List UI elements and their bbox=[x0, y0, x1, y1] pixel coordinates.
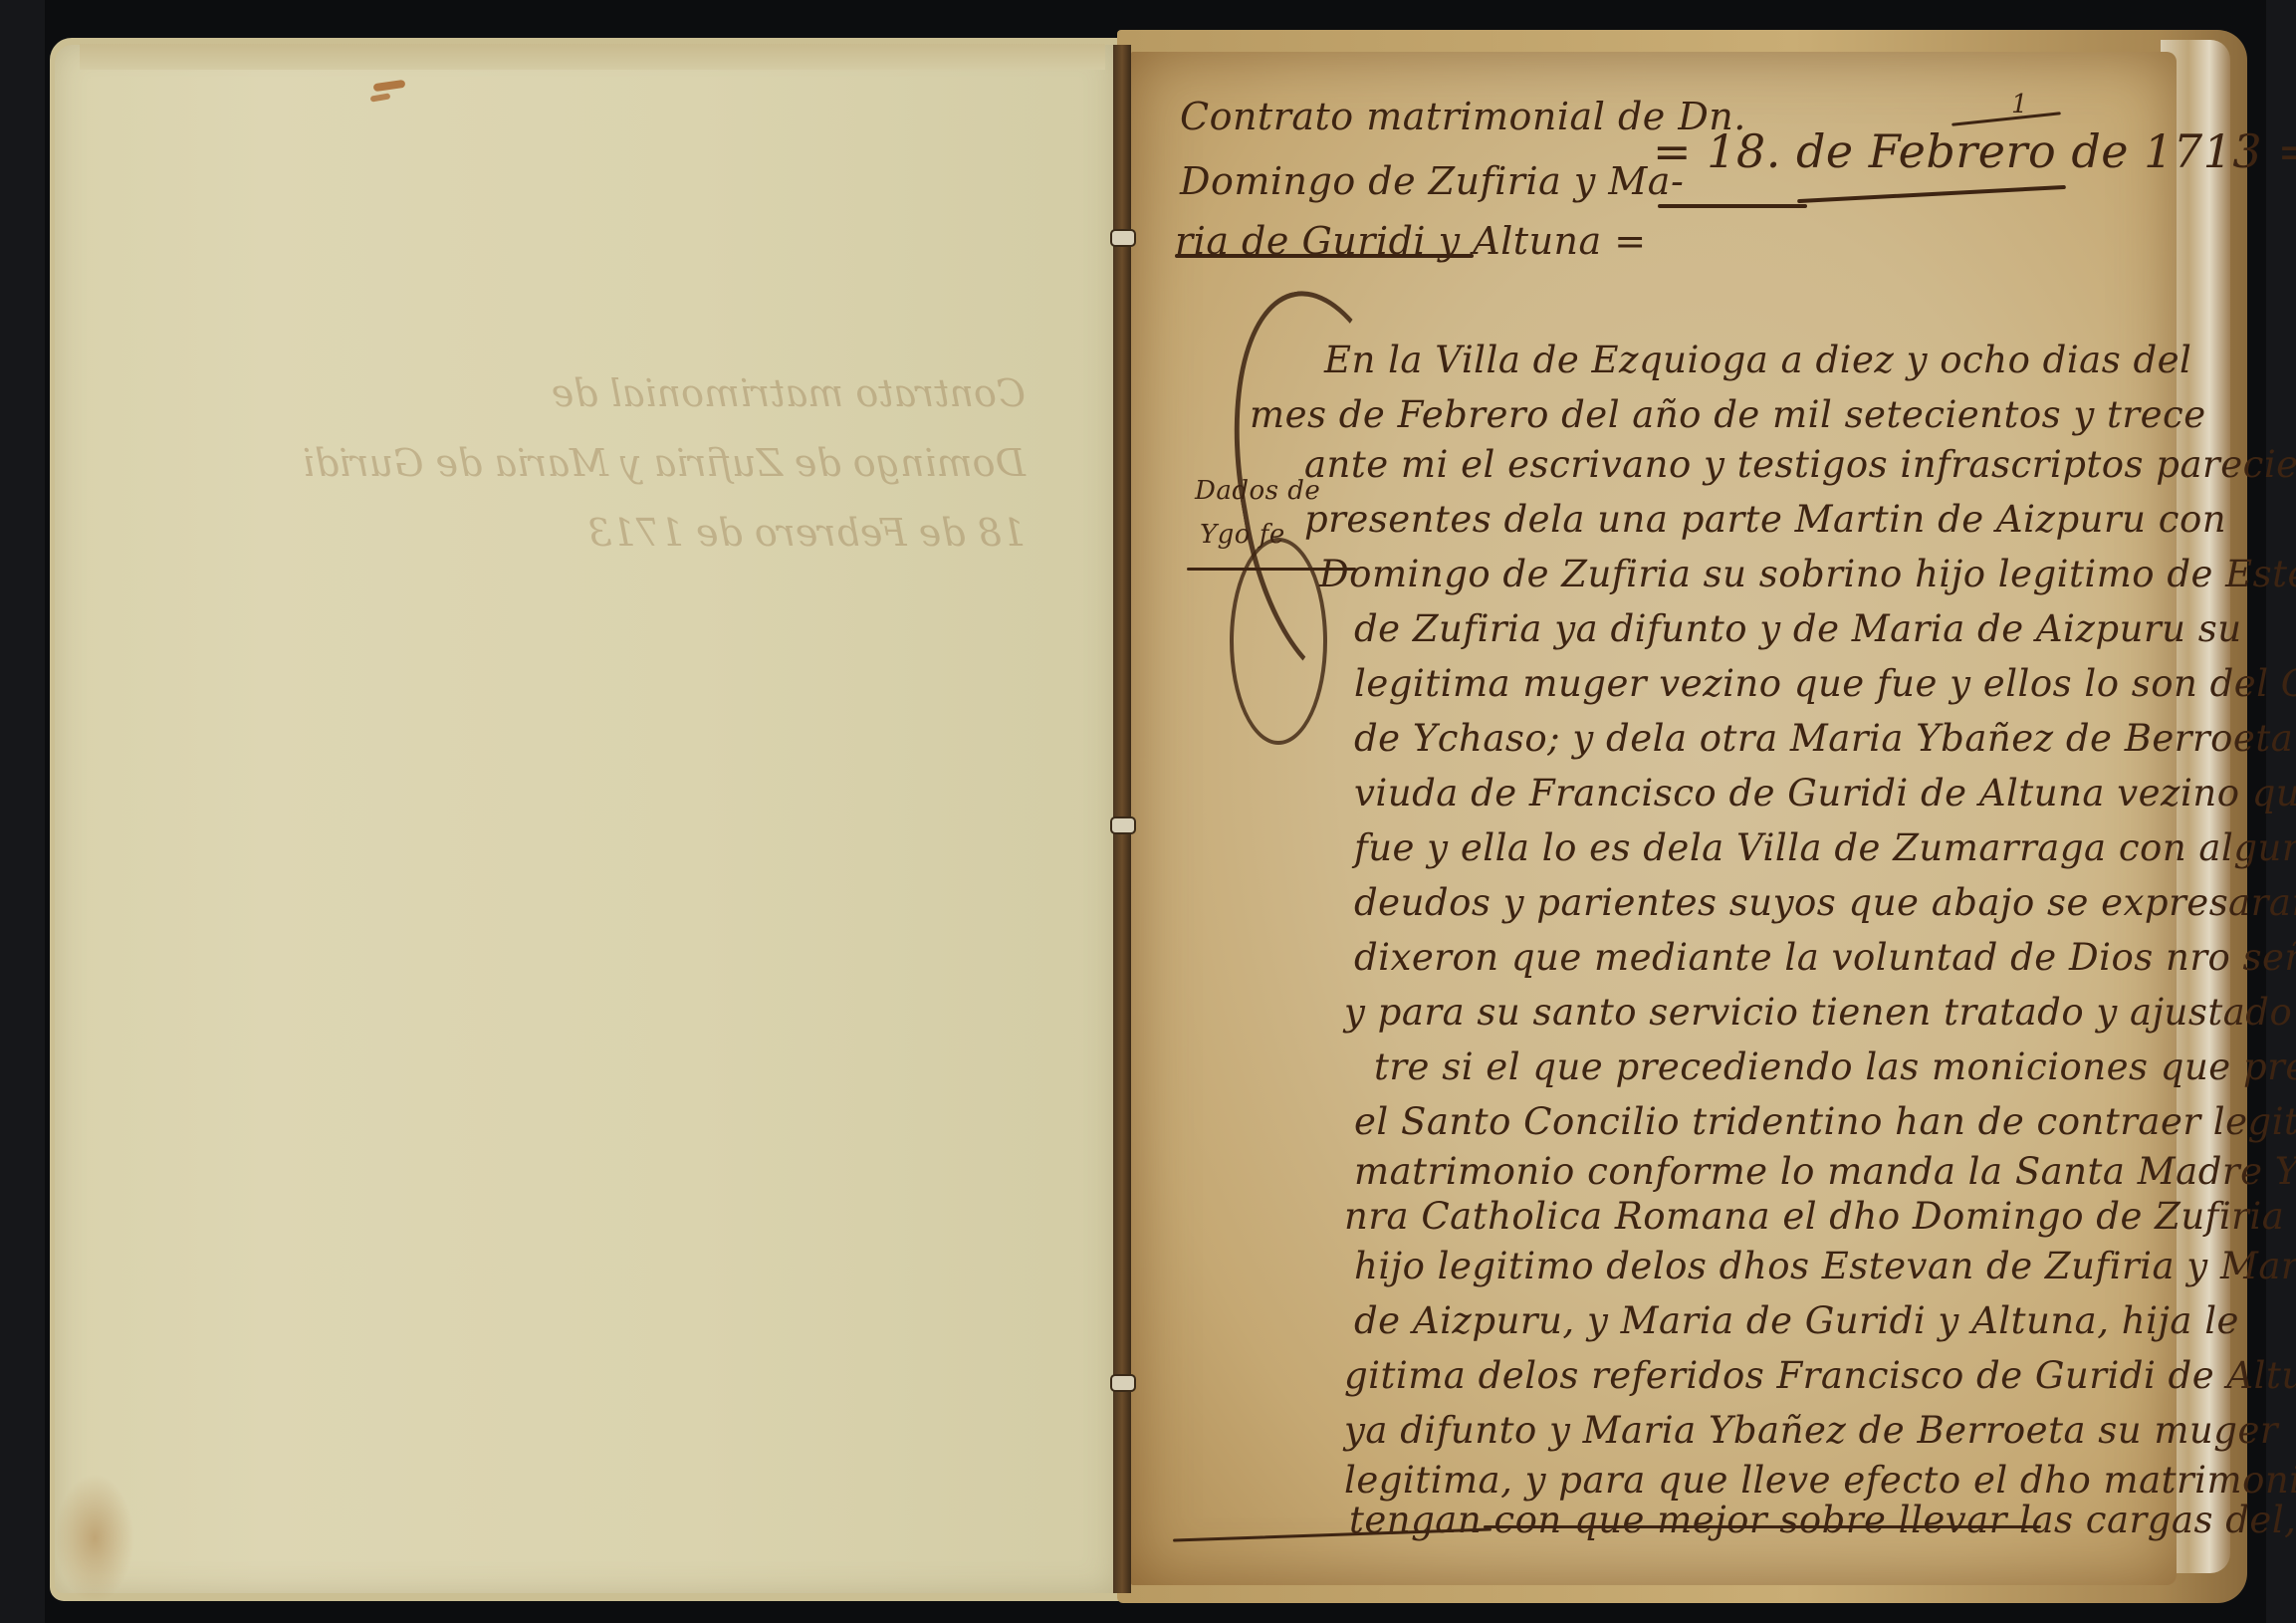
body-line: viuda de Francisco de Guridi de Altuna v… bbox=[1354, 772, 2296, 814]
body-line: gitima delos referidos Francisco de Guri… bbox=[1344, 1354, 2296, 1397]
body-line: y para su santo servicio tienen tratado … bbox=[1344, 991, 2296, 1034]
body-line: dixeron que mediante la voluntad de Dios… bbox=[1354, 936, 2296, 979]
body-line: Domingo de Zufiria su sobrino hijo legit… bbox=[1319, 553, 2296, 595]
body-line: hijo legitimo delos dhos Estevan de Zufi… bbox=[1354, 1245, 2296, 1287]
body-line: tre si el que precediendo las moniciones… bbox=[1374, 1045, 2296, 1088]
scanner-frame-left bbox=[0, 0, 45, 1623]
body-line: ya difunto y Maria Ybañez de Berroeta su… bbox=[1344, 1409, 2278, 1452]
water-stain bbox=[55, 1474, 134, 1603]
body-line: fue y ella lo es dela Villa de Zumarraga… bbox=[1354, 826, 2296, 869]
body-line: de Ychaso; y dela otra Maria Ybañez de B… bbox=[1354, 717, 2293, 760]
body-line: ante mi el escrivano y testigos infrascr… bbox=[1304, 443, 2296, 486]
body-line: el Santo Concilio tridentino han de cont… bbox=[1354, 1100, 2296, 1143]
bleed-line: 18 de Febrero de 1713 bbox=[129, 498, 1026, 568]
closing-rule bbox=[1484, 1525, 2041, 1528]
body-line: tengan con que mejor sobre llevar las ca… bbox=[1349, 1499, 2296, 1541]
margin-note-line: Dados de bbox=[1195, 476, 1320, 506]
bleed-line: Contrato matrimonial de bbox=[129, 358, 1026, 428]
body-line: nra Catholica Romana el dho Domingo de Z… bbox=[1344, 1195, 2284, 1238]
left-page bbox=[55, 45, 1115, 1593]
body-line: matrimonio conforme lo manda la Santa Ma… bbox=[1354, 1150, 2296, 1193]
date-underline bbox=[1658, 204, 1807, 208]
body-line: mes de Febrero del año de mil seteciento… bbox=[1250, 393, 2206, 436]
margin-note-line: Ygo fe bbox=[1200, 520, 1285, 550]
body-line: de Aizpuru, y Maria de Guridi y Altuna, … bbox=[1354, 1299, 2239, 1342]
binding-stitch bbox=[1110, 816, 1136, 834]
body-line: deudos y parientes suyos que abajo se ex… bbox=[1354, 881, 2296, 924]
left-page-top-edge bbox=[80, 44, 1105, 70]
header-line: Domingo de Zufiria y Ma- bbox=[1180, 159, 1684, 203]
document-date: = 18. de Febrero de 1713 = bbox=[1653, 124, 2296, 178]
body-line: legitima muger vezino que fue y ellos lo… bbox=[1354, 662, 2296, 705]
header-underline bbox=[1175, 254, 1474, 258]
binding-stitch bbox=[1110, 1374, 1136, 1392]
body-line: legitima, y para que lleve efecto el dho… bbox=[1344, 1459, 2296, 1502]
binding-stitch bbox=[1110, 229, 1136, 247]
bleed-through-text: Contrato matrimonial de Domingo de Zufir… bbox=[129, 358, 1026, 568]
body-line: En la Villa de Ezquioga a diez y ocho di… bbox=[1324, 339, 2191, 381]
body-line: de Zufiria ya difunto y de Maria de Aizp… bbox=[1354, 607, 2242, 650]
body-line: presentes dela una parte Martin de Aizpu… bbox=[1304, 498, 2226, 541]
bleed-line: Domingo de Zufiria y Maria de Guridi bbox=[129, 428, 1026, 498]
